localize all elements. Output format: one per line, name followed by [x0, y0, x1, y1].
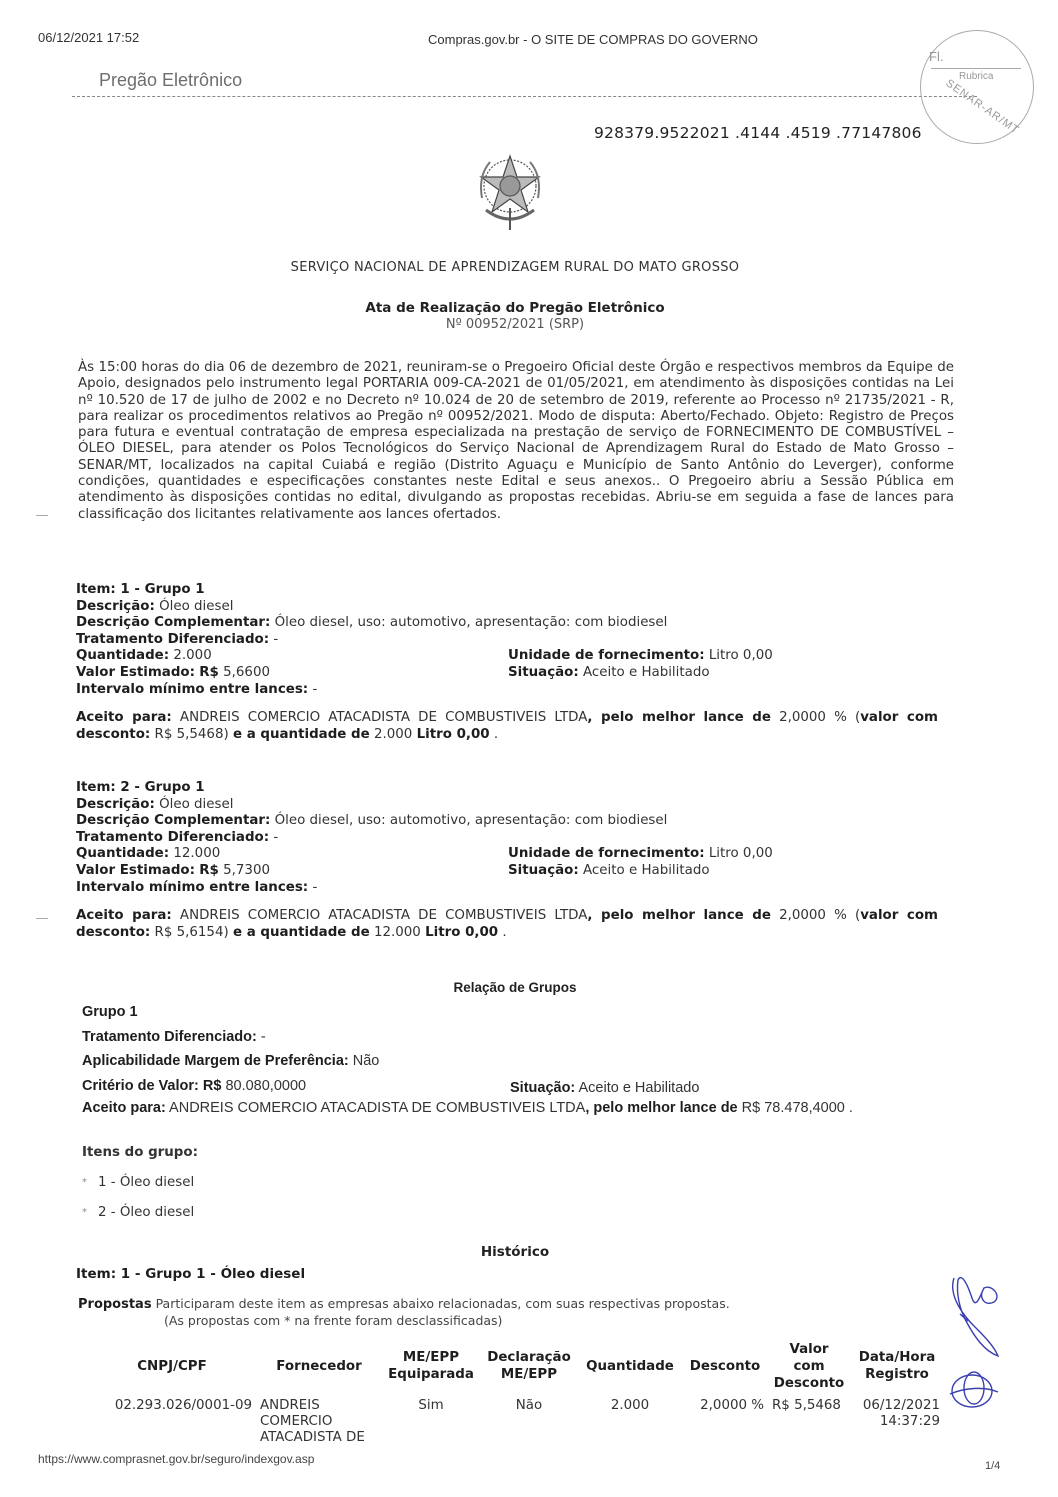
quantidade-aceita-value: 2.000 — [374, 727, 412, 742]
aceito-label: Aceito para: — [76, 908, 172, 923]
descricao-label: Descrição: — [76, 797, 155, 812]
tratamento-value: - — [273, 632, 278, 647]
group-tratamento-label: Tratamento Diferenciado: — [82, 1029, 257, 1045]
rubric-stamp: Fl. Rubrica SENAR-AR/MT — [920, 30, 1034, 144]
descricao-complementar-value: Óleo diesel, uso: automotivo, apresentaç… — [275, 813, 668, 828]
valor-estimado-value: 5,6600 — [223, 665, 270, 680]
group-name: Grupo 1 — [82, 1004, 138, 1020]
group-criterio-value: 80.080,0000 — [225, 1078, 306, 1094]
valor-desconto-value: R$ 5,5468 — [155, 727, 224, 742]
lance-label: , pelo melhor lance de — [587, 908, 771, 923]
stamp-field-label: Fl. — [929, 49, 943, 64]
supplier-name: ANDREIS COMERCIO ATACADISTA DE COMBUSTIV… — [180, 710, 587, 725]
valor-estimado-label: Valor Estimado: — [76, 665, 195, 680]
intervalo-label: Intervalo mínimo entre lances: — [76, 682, 308, 697]
group-items-label: Itens do grupo: — [82, 1145, 198, 1160]
valor-desconto-value: R$ 5,6154 — [155, 925, 224, 940]
tratamento-label: Tratamento Diferenciado: — [76, 830, 269, 845]
accepted-for: Aceito para: ANDREIS COMERCIO ATACADISTA… — [76, 710, 938, 743]
group-accepted-for: Aceito para: ANDREIS COMERCIO ATACADISTA… — [82, 1100, 942, 1117]
proposals-text: Participaram deste item as empresas abai… — [156, 1296, 730, 1311]
intro-paragraph: Às 15:00 horas do dia 06 de dezembro de … — [78, 360, 954, 523]
situacao-value: Aceito e Habilitado — [583, 863, 710, 878]
col-cnpj: CNPJ/CPF — [88, 1340, 256, 1392]
quantidade-aceita-label: e a quantidade de — [233, 727, 370, 742]
cell-date: 06/12/2021 — [863, 1398, 940, 1413]
unidade-value: Litro 0,00 — [709, 846, 773, 861]
tratamento-label: Tratamento Diferenciado: — [76, 632, 269, 647]
litro-label: Litro 0,00 — [425, 925, 498, 940]
stamp-line — [931, 68, 1021, 69]
descricao-complementar-label: Descrição Complementar: — [76, 813, 270, 828]
group-situacao-value: Aceito e Habilitado — [579, 1080, 700, 1096]
group-block: Grupo 1 Tratamento Diferenciado: - Aplic… — [82, 1000, 942, 1117]
item-block: Item: 2 - Grupo 1 Descrição: Óleo diesel… — [76, 780, 938, 941]
currency-label: R$ — [199, 665, 219, 680]
valor-estimado-value: 5,7300 — [223, 863, 270, 878]
unidade-label: Unidade de fornecimento: — [508, 846, 705, 861]
descricao-label: Descrição: — [76, 599, 155, 614]
lance-value: 2,0000 % — [779, 908, 847, 923]
group-item: *2 - Óleo diesel — [82, 1198, 198, 1228]
quantidade-label: Quantidade: — [76, 648, 169, 663]
proposals-note: (As propostas com * na frente foram desc… — [78, 1313, 502, 1328]
section-title: Pregão Eletrônico — [99, 70, 242, 91]
cell-quantidade: 2.000 — [578, 1392, 682, 1446]
col-quantidade: Quantidade — [578, 1340, 682, 1392]
group-item-label: 1 - Óleo diesel — [98, 1175, 194, 1190]
item-heading: Item: 1 - Grupo 1 — [76, 582, 205, 597]
quantidade-value: 12.000 — [173, 846, 220, 861]
cell-me-epp: Sim — [382, 1392, 480, 1446]
page-number: 1/4 — [985, 1460, 1000, 1472]
proposals-label: Propostas — [78, 1297, 152, 1312]
tratamento-value: - — [273, 830, 278, 845]
group-items: Itens do grupo: *1 - Óleo diesel *2 - Ól… — [82, 1138, 198, 1228]
group-margem-label: Aplicabilidade Margem de Preferência: — [82, 1053, 349, 1069]
aceito-label: Aceito para: — [76, 710, 172, 725]
col-fornecedor: Fornecedor — [256, 1340, 382, 1392]
group-relation-title: Relação de Grupos — [0, 980, 1030, 995]
history-item-heading: Item: 1 - Grupo 1 - Óleo diesel — [76, 1266, 305, 1282]
group-tratamento-value: - — [261, 1029, 266, 1045]
proposals-table: CNPJ/CPF Fornecedor ME/EPP Equiparada De… — [88, 1340, 944, 1446]
col-data-hora: Data/Hora Registro — [850, 1340, 944, 1392]
document-code: 928379.9522021 .4144 .4519 .77147806 — [594, 124, 922, 142]
cell-time: 14:37:29 — [880, 1414, 940, 1429]
group-supplier: ANDREIS COMERCIO ATACADISTA DE COMBUSTIV… — [169, 1100, 585, 1116]
group-item-label: 2 - Óleo diesel — [98, 1205, 194, 1220]
litro-label: Litro 0,00 — [417, 727, 490, 742]
site-title: Compras.gov.br - O SITE DE COMPRAS DO GO… — [428, 32, 758, 47]
cell-declaracao: Não — [480, 1392, 578, 1446]
col-me-epp: ME/EPP Equiparada — [382, 1340, 480, 1392]
group-lance-value: R$ 78.478,4000 . — [742, 1100, 853, 1116]
group-aceito-label: Aceito para: — [82, 1100, 166, 1116]
descricao-complementar-label: Descrição Complementar: — [76, 615, 270, 630]
intervalo-value: - — [312, 880, 317, 895]
footer-url[interactable]: https://www.comprasnet.gov.br/seguro/ind… — [38, 1452, 314, 1466]
group-lance-label: , pelo melhor lance de — [585, 1100, 737, 1116]
table-header-row: CNPJ/CPF Fornecedor ME/EPP Equiparada De… — [88, 1340, 944, 1392]
group-criterio-label: Critério de Valor: — [82, 1078, 199, 1094]
situacao-value: Aceito e Habilitado — [583, 665, 710, 680]
scan-mark — [36, 515, 48, 516]
coat-of-arms-icon — [470, 146, 550, 234]
document-title: Ata de Realização do Pregão Eletrônico — [0, 300, 1030, 316]
situacao-label: Situação: — [508, 665, 579, 680]
stamp-rubric-label: Rubrica — [959, 71, 993, 82]
intervalo-label: Intervalo mínimo entre lances: — [76, 880, 308, 895]
unidade-label: Unidade de fornecimento: — [508, 648, 705, 663]
cell-valor-desconto: R$ 5,5468 — [768, 1392, 850, 1446]
cell-desconto: 2,0000 % — [682, 1392, 768, 1446]
table-row: 02.293.026/0001-09 ANDREIS COMERCIO ATAC… — [88, 1392, 944, 1446]
col-declaracao: Declaração ME/EPP — [480, 1340, 578, 1392]
print-datetime: 06/12/2021 17:52 — [38, 30, 139, 45]
col-desconto: Desconto — [682, 1340, 768, 1392]
col-valor-desconto: Valor com Desconto — [768, 1340, 850, 1392]
descricao-value: Óleo diesel — [159, 797, 233, 812]
supplier-name: ANDREIS COMERCIO ATACADISTA DE COMBUSTIV… — [180, 908, 587, 923]
item-block: Item: 1 - Grupo 1 Descrição: Óleo diesel… — [76, 582, 938, 743]
valor-estimado-label: Valor Estimado: — [76, 863, 195, 878]
document-number: Nº 00952/2021 (SRP) — [0, 317, 1030, 332]
header-divider — [72, 96, 977, 97]
item-heading: Item: 2 - Grupo 1 — [76, 780, 205, 795]
group-item: *1 - Óleo diesel — [82, 1168, 198, 1198]
group-situacao-label: Situação: — [510, 1080, 575, 1096]
cell-fornecedor: ANDREIS COMERCIO ATACADISTA DE — [256, 1392, 382, 1446]
quantidade-aceita-label: e a quantidade de — [233, 925, 370, 940]
descricao-complementar-value: Óleo diesel, uso: automotivo, apresentaç… — [275, 615, 668, 630]
quantidade-value: 2.000 — [173, 648, 211, 663]
cell-cnpj: 02.293.026/0001-09 — [88, 1392, 256, 1446]
proposals-intro: Propostas Participaram deste item as emp… — [78, 1296, 730, 1329]
descricao-value: Óleo diesel — [159, 599, 233, 614]
situacao-label: Situação: — [508, 863, 579, 878]
bullet-icon: * — [82, 1168, 98, 1198]
history-title: Histórico — [0, 1244, 1030, 1260]
stamp-org: SENAR-AR/MT — [943, 77, 1021, 137]
group-criterio-currency: R$ — [203, 1078, 222, 1094]
bullet-icon: * — [82, 1198, 98, 1228]
accepted-for: Aceito para: ANDREIS COMERCIO ATACADISTA… — [76, 908, 938, 941]
unidade-value: Litro 0,00 — [709, 648, 773, 663]
organization-name: SERVIÇO NACIONAL DE APRENDIZAGEM RURAL D… — [0, 260, 1030, 275]
lance-value: 2,0000 % — [779, 710, 847, 725]
lance-label: , pelo melhor lance de — [587, 710, 771, 725]
quantidade-aceita-value: 12.000 — [374, 925, 421, 940]
cell-data-hora: 06/12/202114:37:29 — [850, 1392, 944, 1446]
intervalo-value: - — [312, 682, 317, 697]
quantidade-label: Quantidade: — [76, 846, 169, 861]
signature-icon — [944, 1266, 1024, 1416]
group-margem-value: Não — [353, 1053, 380, 1069]
currency-label: R$ — [199, 863, 219, 878]
scan-mark — [36, 918, 48, 919]
